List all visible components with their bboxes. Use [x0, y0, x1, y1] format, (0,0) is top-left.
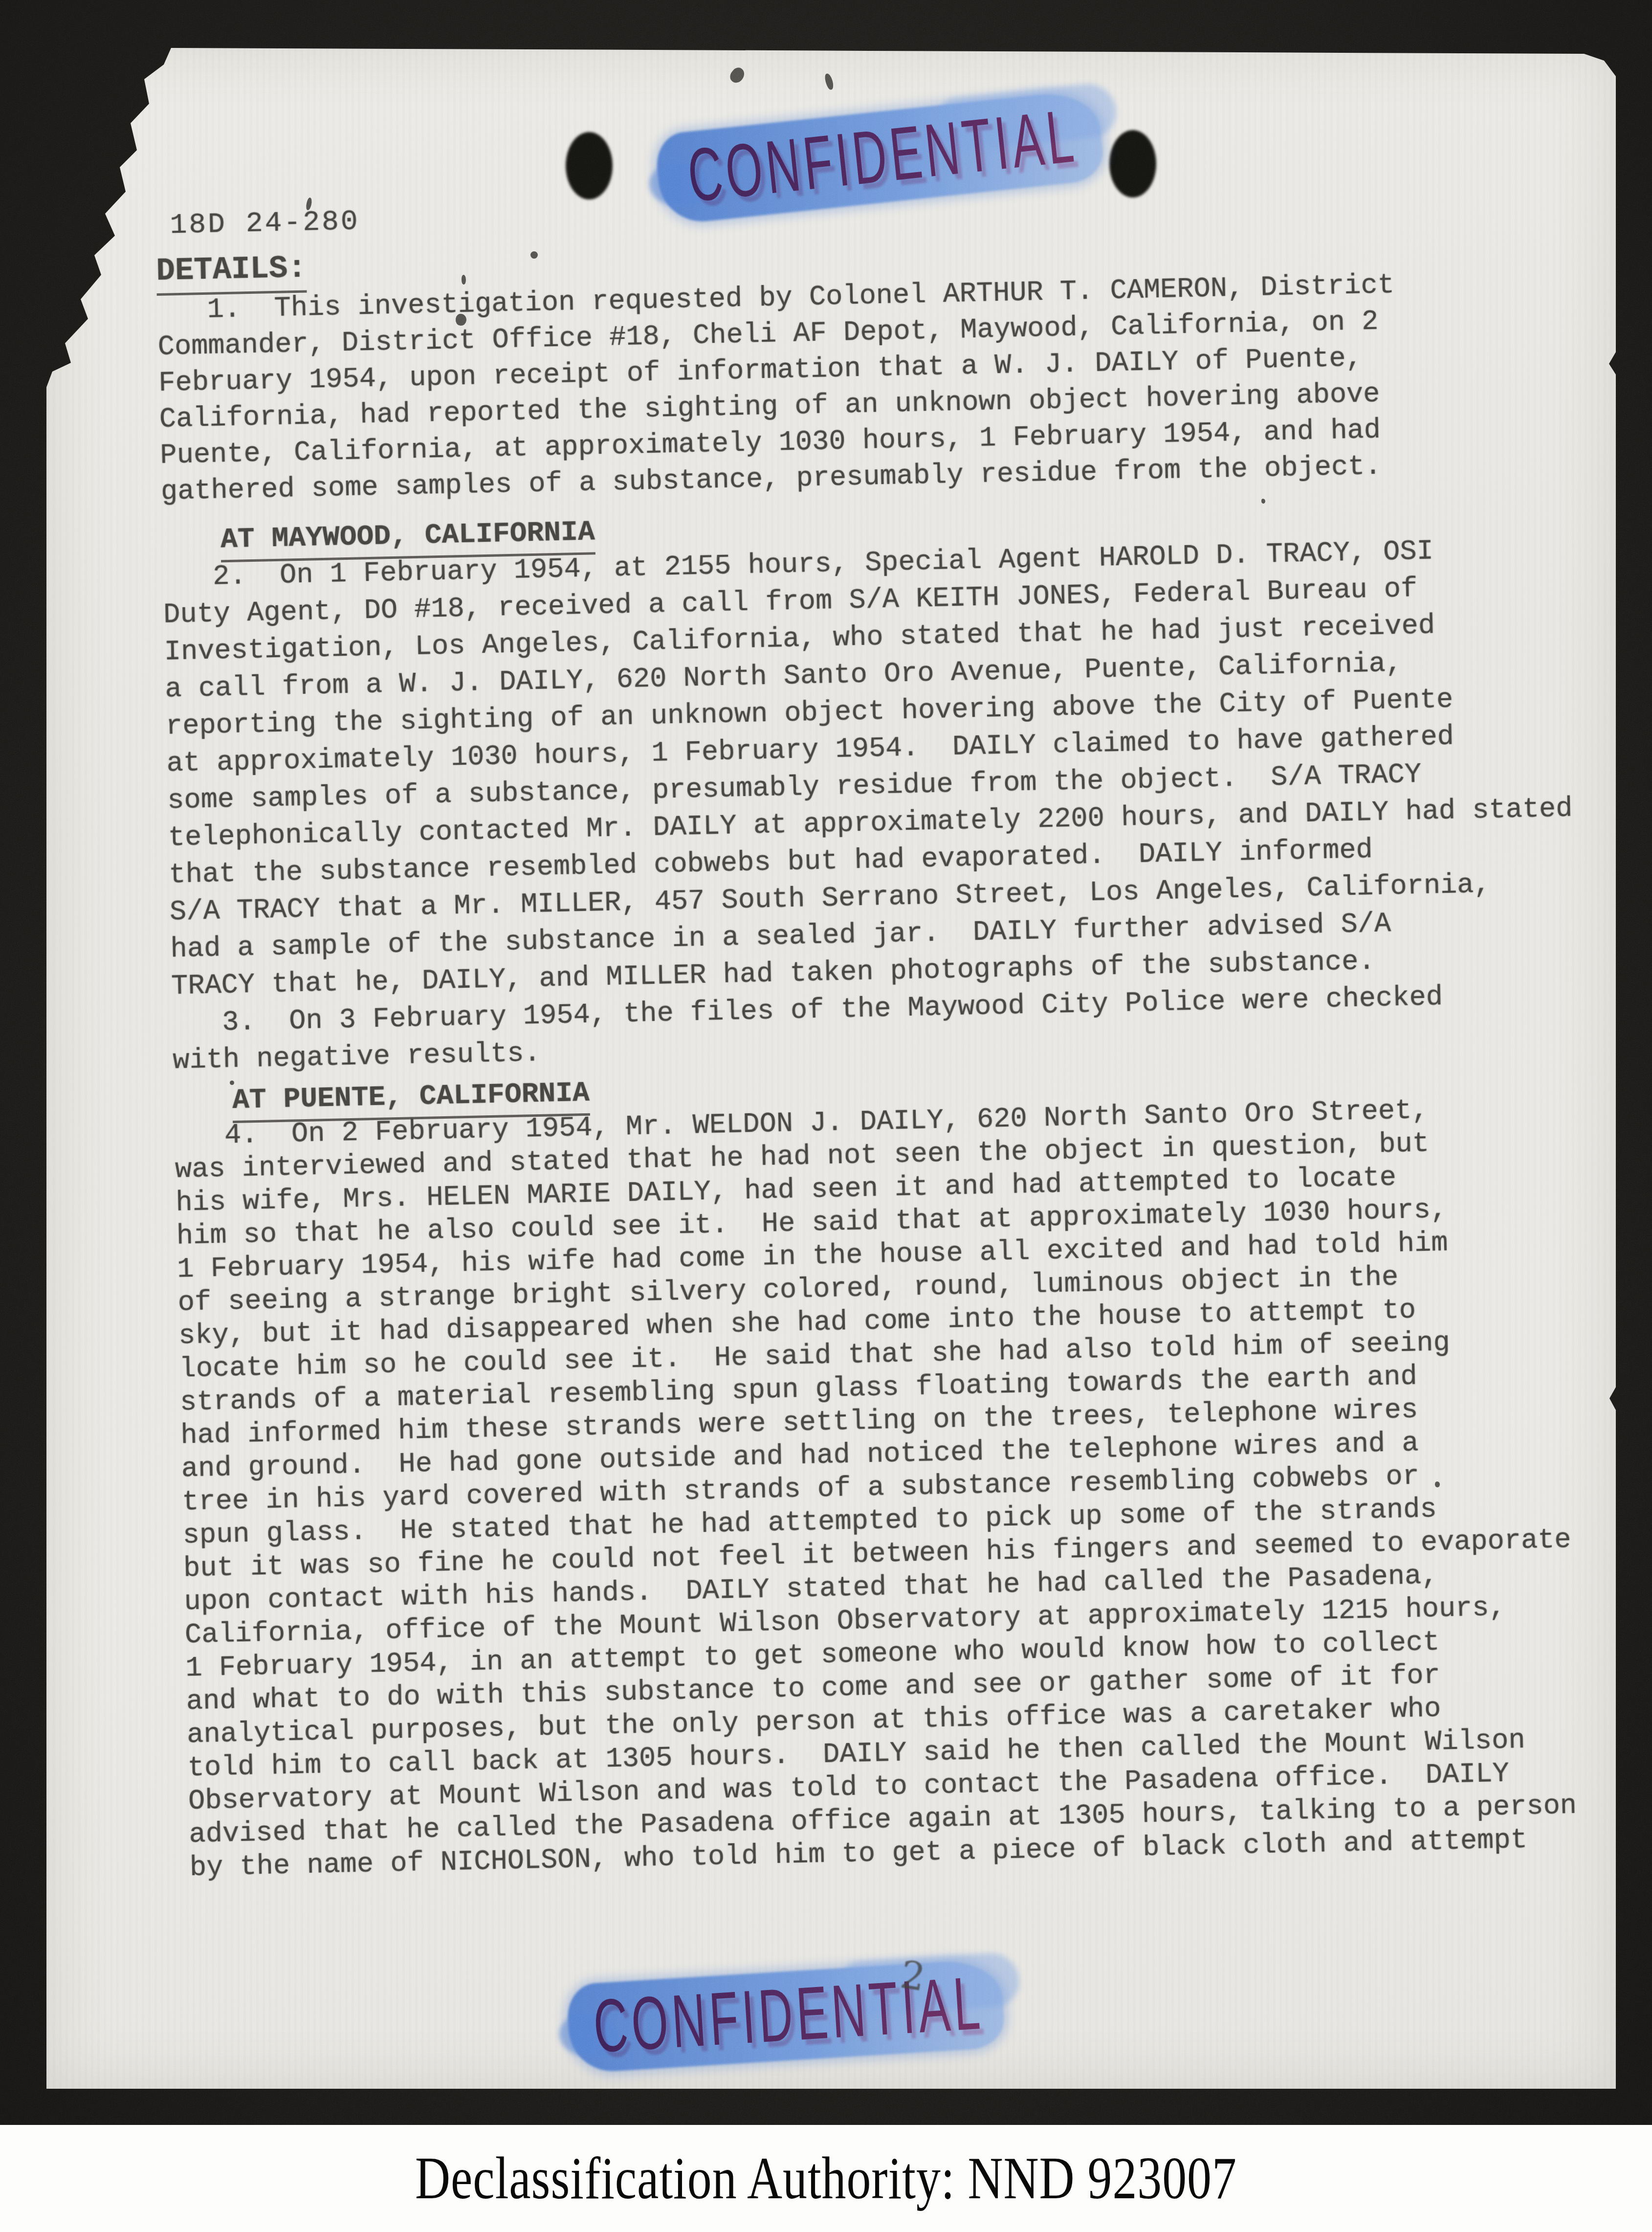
- paragraph-1: 1. This investigation requested by Colon…: [157, 263, 1618, 510]
- scanned-document-scene: 18D 24-280 DETAILS: 1. This investigatio…: [0, 0, 1652, 2232]
- declassification-text: Declassification Authority: NND 923007: [415, 2144, 1237, 2212]
- hole-punch-left: [566, 132, 613, 199]
- paper-speck: [530, 251, 538, 259]
- details-heading-text: DETAILS:: [156, 251, 307, 296]
- paper-speck: [1261, 499, 1265, 504]
- paper-speck: [462, 275, 466, 285]
- paper-speck: [230, 1081, 234, 1085]
- paper-sheet: 18D 24-280 DETAILS: 1. This investigatio…: [46, 45, 1616, 2089]
- paragraph-2: 2. On 1 February 1954, at 2155 hours, Sp…: [162, 529, 1628, 1005]
- confidential-stamp-bottom-text: CONFIDENTIAL: [591, 1960, 986, 2070]
- paper-speck: [88, 200, 94, 207]
- paper-speck: [1435, 1481, 1440, 1487]
- typed-content: 18D 24-280 DETAILS: 1. This investigatio…: [155, 180, 1647, 1885]
- paper-speck: [727, 65, 747, 85]
- paper-speck: [824, 73, 835, 90]
- declassification-strip: Declassification Authority: NND 923007: [0, 2125, 1652, 2232]
- paragraph-4: 4. On 2 February 1954, Mr. WELDON J. DAI…: [174, 1090, 1647, 1885]
